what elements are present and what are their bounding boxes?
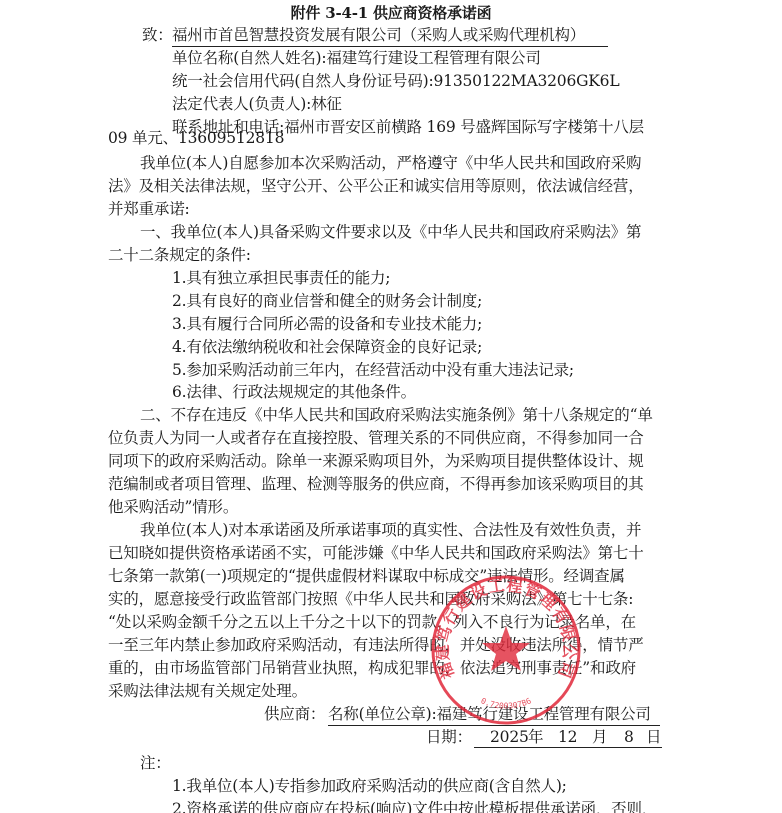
supplier-seal-name: 名称(单位公章):福建笃行建设工程管理有限公司 (328, 703, 660, 726)
condition-item: 5.参加采购活动前三年内，在经营活动中没有重大违法记录; (172, 359, 574, 381)
intro-line: 法》及相关法律法规，坚守公开、公平公正和诚实信用等原则，依法诚信经营， (108, 175, 644, 197)
date-month-unit: 月 (592, 726, 607, 748)
addressee-label: 致： (142, 24, 173, 46)
commitment-letter-page: 附件 3-4-1 供应商资格承诺函 致： 福州市首邑智慧投资发展有限公司（采购人… (0, 0, 782, 813)
notes-label: 注： (140, 752, 171, 774)
section-one-line: 一、我单位(本人)具备采购文件要求以及《中华人民共和国政府采购法》第 (140, 221, 641, 243)
section-two-line: 范编制或者项目管理、监理、检测等服务的供应商，不得再参加该采购项目的其 (108, 473, 644, 495)
section-three-line: 采购法律法规有关规定处理。 (108, 680, 307, 702)
date-month: 12 (558, 726, 577, 748)
intro-line: 我单位(本人)自愿参加本次采购活动，严格遵守《中华人民共和国政府采购 (140, 152, 641, 174)
date-day: 8 (624, 726, 634, 748)
date-label: 日期： (426, 726, 472, 748)
section-three-line: 我单位(本人)对本承诺函及所承诺事项的真实性、合法性及有效性负责，并 (140, 519, 641, 541)
section-three-line: 一至三年内禁止参加政府采购活动，有违法所得的，并处没收违法所得，情节严 (108, 634, 644, 656)
condition-item: 1.具有独立承担民事责任的能力; (172, 267, 390, 289)
legal-representative: 法定代表人(负责人):林征 (172, 93, 342, 115)
section-one-line: 二十二条规定的条件: (108, 244, 251, 266)
date-year: 2025 (490, 726, 529, 748)
supplier-label: 供应商： (264, 703, 325, 725)
intro-line: 并郑重承诺: (108, 198, 190, 220)
note-item: 2.资格承诺的供应商应在投标(响应)文件中按此模板提供承诺函，否则， (172, 798, 657, 813)
note-item: 1.我单位(本人)专指参加政府采购活动的供应商(含自然人); (172, 775, 567, 797)
section-three-line: 七条第一款第(一)项规定的“提供虚假材料谋取中标成交”违法情形。经调查属 (108, 565, 625, 587)
condition-item: 2.具有良好的商业信誉和健全的财务会计制度; (172, 290, 482, 312)
date-year-unit: 年 (528, 726, 543, 748)
section-two-line: 他采购活动”情形。 (108, 496, 238, 518)
section-two-line: 同项下的政府采购活动。除单一来源采购项目外，为采购项目提供整体设计、规 (108, 450, 644, 472)
section-three-line: 实的，愿意接受行政监管部门按照《中华人民共和国政府采购法》第七十七条: (108, 588, 633, 610)
credit-code: 统一社会信用代码(自然人身份证号码):91350122MA3206GK6L (172, 70, 619, 92)
supplier-name: 单位名称(自然人姓名):福建笃行建设工程管理有限公司 (172, 47, 541, 69)
condition-item: 6.法律、行政法规规定的其他条件。 (172, 381, 416, 403)
addressee-value: 福州市首邑智慧投资发展有限公司（采购人或采购代理机构） (172, 24, 608, 47)
section-three-line: 已知晓如提供资格承诺函不实，可能涉嫌《中华人民共和国政府采购法》第七十 (108, 542, 644, 564)
section-three-line: 重的，由市场监管部门吊销营业执照，构成犯罪的，依法追究刑事责任”和政府 (108, 657, 636, 679)
section-two-line: 位负责人为同一人或者存在直接控股、管理关系的不同供应商，不得参加同一合 (108, 427, 644, 449)
condition-item: 3.具有履行合同所必需的设备和专业技术能力; (172, 313, 482, 335)
section-two-line: 二、不存在违反《中华人民共和国政府采购法实施条例》第十八条规定的“单 (140, 404, 653, 426)
contact-line-2: 09 单元、13609512818 (108, 127, 284, 149)
date-day-unit: 日 (646, 726, 661, 748)
condition-item: 4.有依法缴纳税收和社会保障资金的良好记录; (172, 336, 482, 358)
document-title: 附件 3-4-1 供应商资格承诺函 (0, 2, 782, 24)
section-three-line: “处以采购金额千分之五以上千分之十以下的罚款，列入不良行为记录名单，在 (108, 611, 636, 633)
